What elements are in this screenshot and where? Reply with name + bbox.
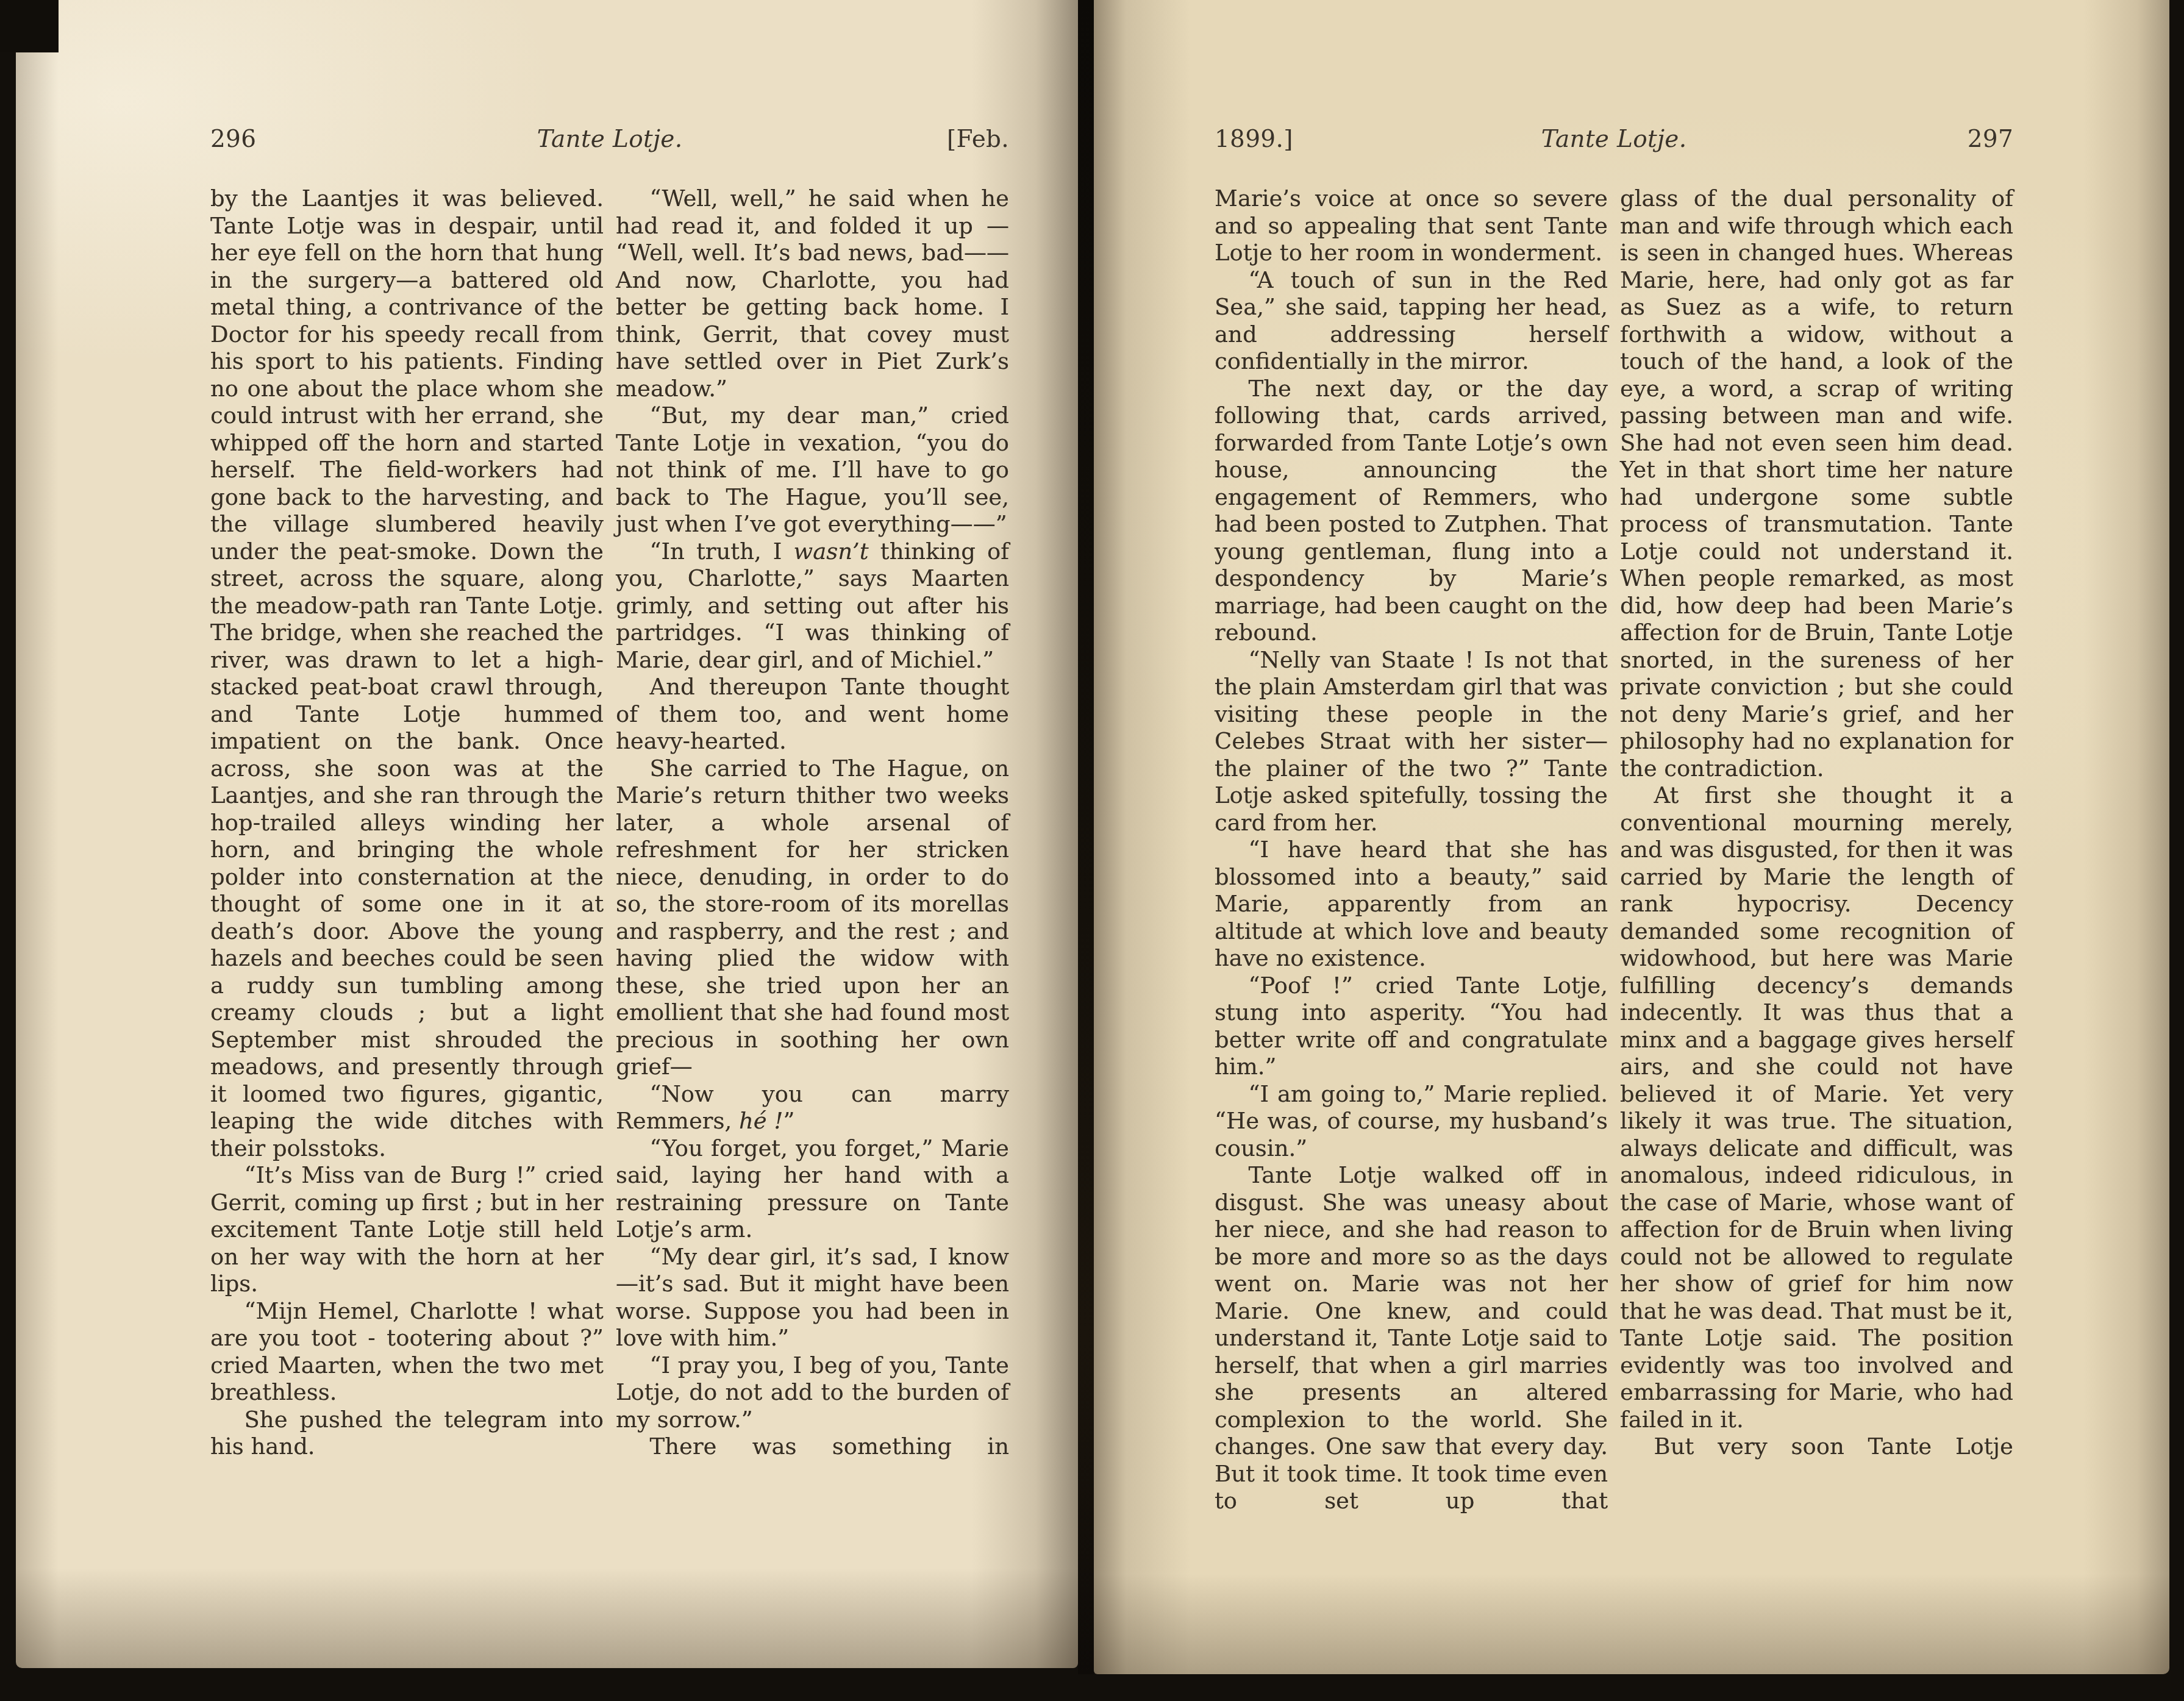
left-running-title: Tante Lotje. — [210, 126, 1009, 153]
left-column-1: by the Laantjes it was believed. Tante L… — [210, 185, 604, 1461]
paragraph: glass of the dual personality of man and… — [1620, 185, 2013, 782]
paragraph: “It’s Miss van de Burg !” cried Gerrit, … — [210, 1162, 604, 1298]
paragraph: Marie’s voice at once so severe and so a… — [1215, 185, 1608, 267]
right-issue-label: 1899.] — [1215, 126, 1293, 153]
paragraph: by the Laantjes it was believed. Tante L… — [210, 185, 604, 1162]
paragraph: “My dear girl, it’s sad, I know—it’s sad… — [616, 1244, 1009, 1352]
paragraph: “A touch of sun in the Red Sea,” she sai… — [1215, 267, 1608, 376]
paragraph: “In truth, I wasn’t thinking of you, Cha… — [616, 538, 1009, 674]
right-running-title: Tante Lotje. — [1215, 126, 2013, 153]
left-issue-label: [Feb. — [947, 126, 1009, 153]
scan-corner-artifact — [0, 0, 59, 52]
page-left: 296 Tante Lotje. [Feb. by the Laantjes i… — [16, 0, 1078, 1668]
paragraph: But very soon Tante Lotje — [1620, 1433, 2013, 1461]
paragraph: “Now you can marry Remmers, hé !” — [616, 1081, 1009, 1135]
right-text-block: Marie’s voice at once so severe and so a… — [1215, 185, 2013, 1515]
right-column-1: Marie’s voice at once so severe and so a… — [1215, 185, 1608, 1515]
paragraph: At first she thought it a conventional m… — [1620, 782, 2013, 1433]
paragraph: Tante Lotje walked off in disgust. She w… — [1215, 1162, 1608, 1515]
right-page-header: 1899.] Tante Lotje. 297 — [1215, 126, 2013, 156]
paragraph: She pushed the telegram into his hand. — [210, 1407, 604, 1461]
left-column-2: “Well, well,” he said when he had read i… — [616, 185, 1009, 1461]
paragraph: “I have heard that she has blossomed int… — [1215, 836, 1608, 972]
left-text-block: by the Laantjes it was believed. Tante L… — [210, 185, 1009, 1461]
paragraph: “Mijn Hemel, Charlotte ! what are you to… — [210, 1298, 604, 1407]
paragraph: The next day, or the day following that,… — [1215, 376, 1608, 647]
right-page-number: 297 — [1968, 126, 2013, 153]
paragraph: “I pray you, I beg of you, Tante Lotje, … — [616, 1352, 1009, 1434]
book-gutter — [1078, 0, 1094, 1674]
paragraph: “Nelly van Staate ! Is not that the plai… — [1215, 647, 1608, 837]
left-page-number: 296 — [210, 126, 256, 153]
paragraph: “But, my dear man,” cried Tante Lotje in… — [616, 402, 1009, 538]
paragraph: She carried to The Hague, on Marie’s ret… — [616, 755, 1009, 1081]
paragraph: “Poof !” cried Tante Lotje, stung into a… — [1215, 972, 1608, 1081]
paragraph: “Well, well,” he said when he had read i… — [616, 185, 1009, 402]
page-right: 1899.] Tante Lotje. 297 Marie’s voice at… — [1094, 0, 2169, 1674]
paragraph: And thereupon Tante thought of them too,… — [616, 674, 1009, 755]
paragraph: “You forget, you forget,” Marie said, la… — [616, 1135, 1009, 1244]
left-page-header: 296 Tante Lotje. [Feb. — [210, 126, 1009, 156]
paragraph: There was something in — [616, 1433, 1009, 1461]
right-column-2: glass of the dual personality of man and… — [1620, 185, 2013, 1515]
paragraph: “I am going to,” Marie replied. “He was,… — [1215, 1081, 1608, 1163]
